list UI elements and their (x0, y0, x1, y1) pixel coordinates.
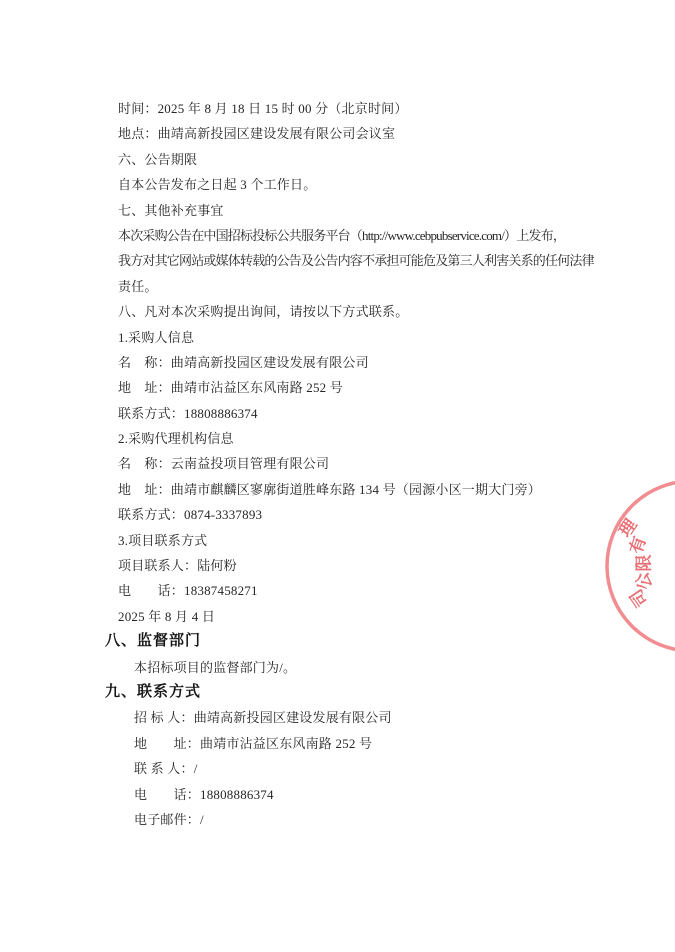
line-publication-1: 本次采购公告在中国招标投标公共服务平台（http://www.cebpubser… (0, 223, 675, 248)
line-announcement-date: 2025 年 8 月 4 日 (0, 604, 675, 629)
line-supervision-value: 本招标项目的监督部门为/。 (0, 655, 675, 680)
line-purchaser-phone: 联系方式：18808886374 (0, 401, 675, 426)
line-agency-name: 名 称：云南益投项目管理有限公司 (0, 451, 675, 476)
heading-project-contact: 3.项目联系方式 (0, 528, 675, 553)
line-agency-address: 地 址：曲靖市麒麟区寥廓街道胜峰东路 134 号（园源小区一期大门旁） (0, 477, 675, 502)
line-project-phone: 电 话：18387458271 (0, 578, 675, 603)
heading-purchaser-info: 1.采购人信息 (0, 325, 675, 350)
line-announcement-duration: 自本公告发布之日起 3 个工作日。 (0, 172, 675, 197)
line-bid-opening-location: 地点：曲靖高新投园区建设发展有限公司会议室 (0, 121, 675, 146)
document-page: 时间：2025 年 8 月 18 日 15 时 00 分（北京时间） 地点：曲靖… (0, 0, 675, 952)
line-purchaser-name: 名 称：曲靖高新投园区建设发展有限公司 (0, 350, 675, 375)
line-agency-phone: 联系方式：0874-3337893 (0, 502, 675, 527)
line-publication-3: 责任。 (0, 274, 675, 299)
line-publication-2: 我方对其它网站或媒体转载的公告及公告内容不承担可能危及第三人利害关系的任何法律 (0, 248, 675, 273)
line-purchaser-address: 地 址：曲靖市沾益区东风南路 252 号 (0, 375, 675, 400)
line-project-contact-person: 项目联系人：陆何粉 (0, 553, 675, 578)
line-contact-person: 联 系 人：/ (0, 756, 675, 781)
heading-agency-info: 2.采购代理机构信息 (0, 426, 675, 451)
line-tenderer-address: 地 址：曲靖市沾益区东风南路 252 号 (0, 731, 675, 756)
heading-contact-info: 九、联系方式 (0, 680, 675, 705)
heading-announcement-period: 六、公告期限 (0, 147, 675, 172)
line-bid-opening-time: 时间：2025 年 8 月 18 日 15 时 00 分（北京时间） (0, 96, 675, 121)
line-tenderer-name: 招 标 人：曲靖高新投园区建设发展有限公司 (0, 705, 675, 730)
line-contact-email: 电子邮件：/ (0, 807, 675, 832)
heading-supervision-dept: 八、监督部门 (0, 629, 675, 654)
heading-other-matters: 七、其他补充事宜 (0, 198, 675, 223)
document-body: 时间：2025 年 8 月 18 日 15 时 00 分（北京时间） 地点：曲靖… (0, 96, 675, 832)
heading-inquiry-contact: 八、凡对本次采购提出询间，请按以下方式联系。 (0, 299, 675, 324)
line-contact-phone: 电 话：18808886374 (0, 782, 675, 807)
